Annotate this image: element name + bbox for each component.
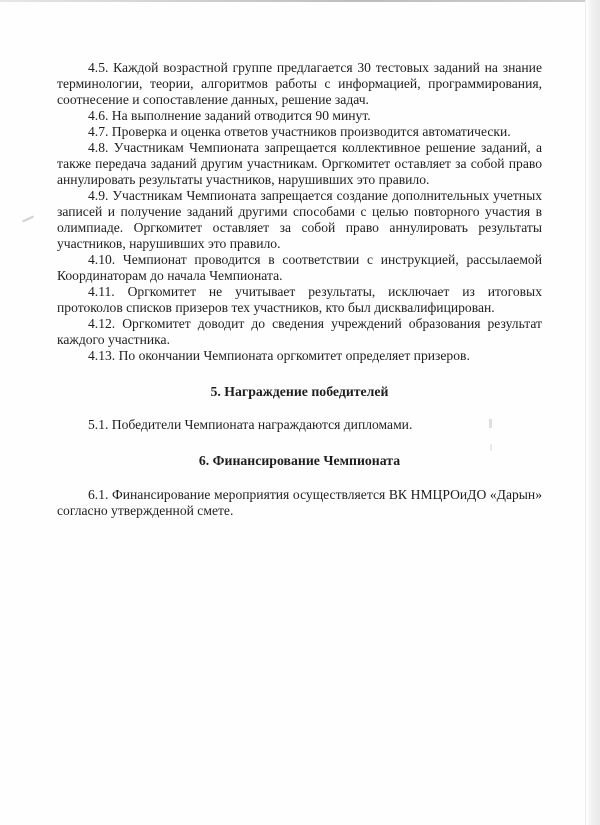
scan-artifact-mark	[22, 216, 34, 223]
document-body: 4.5. Каждой возрастной группе предлагает…	[57, 60, 542, 519]
clause-4-6: 4.6. На выполнение заданий отводится 90 …	[57, 108, 542, 124]
scan-top-edge	[0, 0, 600, 2]
clause-4-9: 4.9. Участникам Чемпионата запрещается с…	[57, 188, 542, 252]
clause-4-7: 4.7. Проверка и оценка ответов участнико…	[57, 124, 542, 140]
clause-4-5: 4.5. Каждой возрастной группе предлагает…	[57, 60, 542, 108]
clause-4-12: 4.12. Оргкомитет доводит до сведения учр…	[57, 316, 542, 348]
clause-6-1: 6.1. Финансирование мероприятия осуществ…	[57, 487, 542, 519]
clause-4-13: 4.13. По окончании Чемпионата оргкомитет…	[57, 348, 542, 364]
scanned-page: 4.5. Каждой возрастной группе предлагает…	[0, 0, 600, 825]
clause-5-1: 5.1. Победители Чемпионата награждаются …	[57, 417, 542, 433]
clause-4-8: 4.8. Участникам Чемпионата запрещается к…	[57, 140, 542, 188]
clause-4-10: 4.10. Чемпионат проводится в соответстви…	[57, 252, 542, 284]
section-heading-awards: 5. Награждение победителей	[57, 384, 542, 400]
scan-right-edge	[585, 0, 600, 825]
clause-4-11: 4.11. Оргкомитет не учитывает результаты…	[57, 284, 542, 316]
section-heading-funding: 6. Финансирование Чемпионата	[57, 453, 542, 469]
